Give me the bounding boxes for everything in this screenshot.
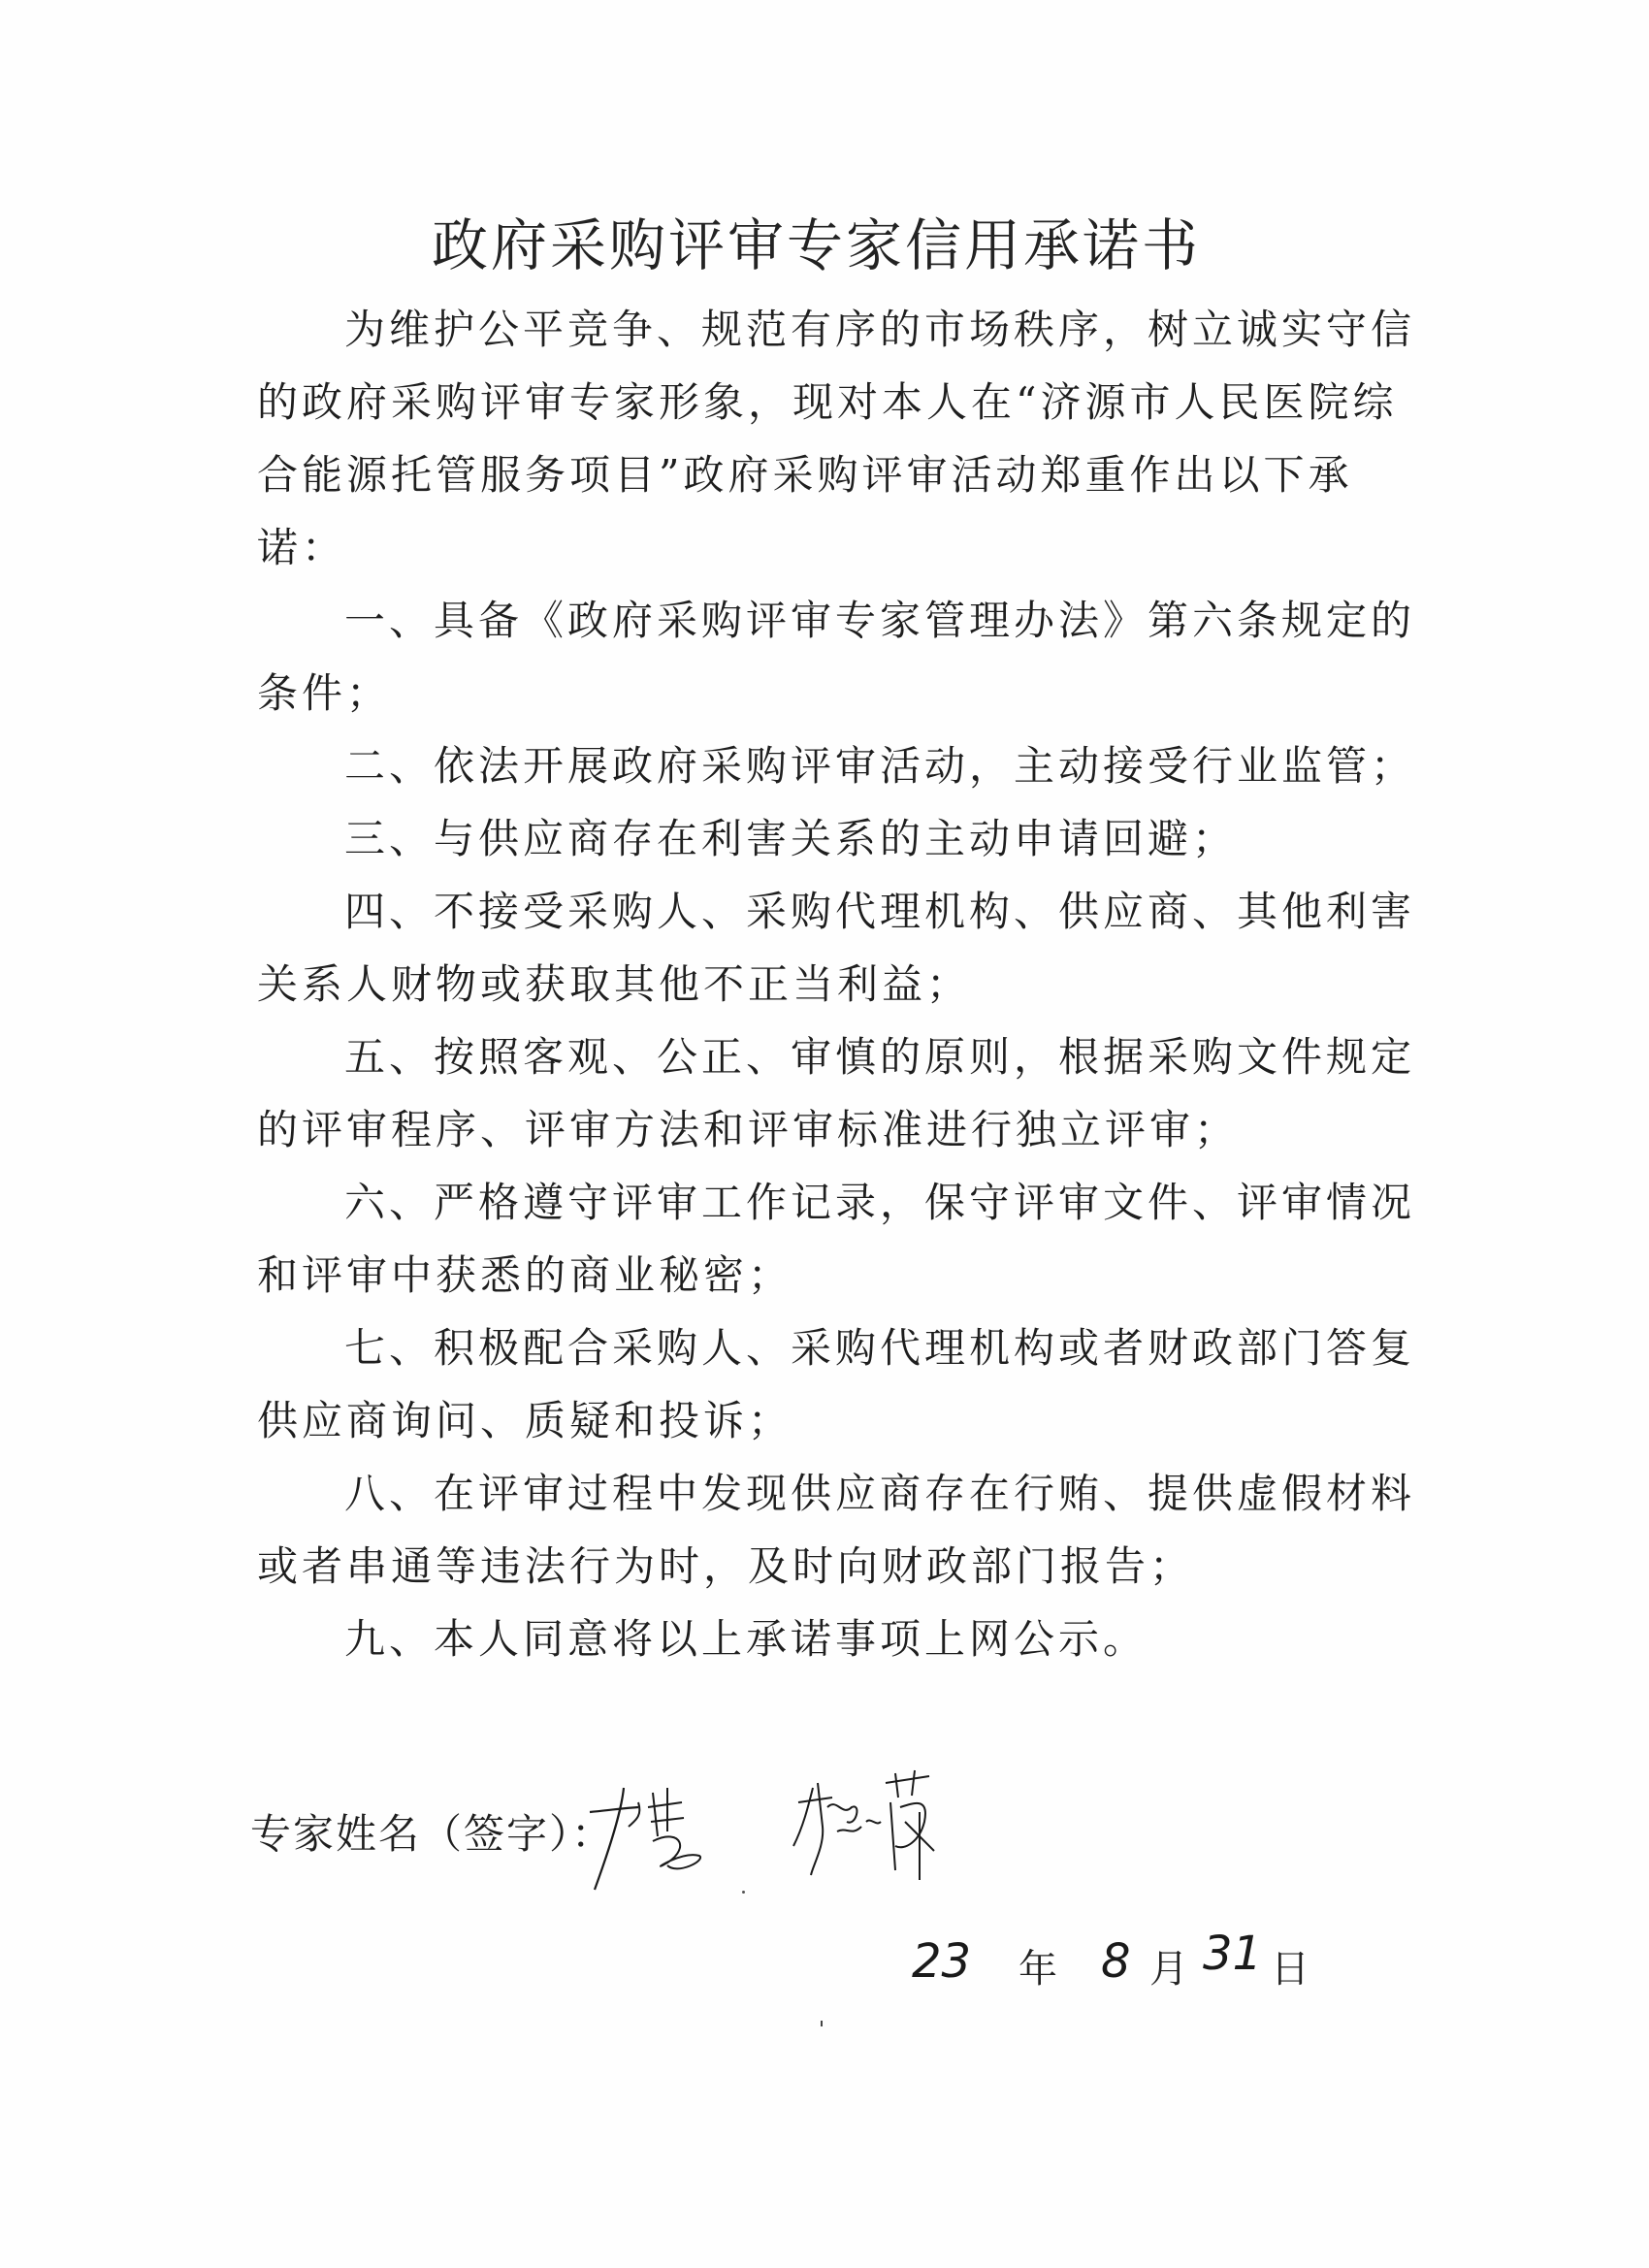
commitment-6-line-2: 和评审中获悉的商业秘密；	[257, 1251, 1374, 1300]
date-day-unit: 日	[1271, 1945, 1309, 1993]
date-year-unit: 年	[1018, 1945, 1057, 1993]
signature-row: 专家姓名（签字）：	[250, 1802, 1123, 1870]
signature-label: 专家姓名（签字）：	[250, 1810, 614, 1859]
commitment-5-line-1: 五、按照客观、公正、审慎的原则，根据采购文件规定	[344, 1033, 1374, 1082]
commitment-1-line-1: 一、具备《政府采购评审专家管理办法》第六条规定的	[344, 597, 1374, 645]
intro-line-3: 合能源托管服务项目”政府采购评审活动郑重作出以下承	[257, 451, 1374, 500]
intro-line-4: 诺：	[257, 524, 1374, 572]
ink-speck	[821, 2021, 823, 2026]
commitment-1-line-2: 条件；	[257, 669, 1374, 718]
ink-speck	[742, 1891, 745, 1894]
handwritten-signature-2	[784, 1768, 949, 1885]
date-month: 8	[1101, 1937, 1131, 1986]
date-row: 23 年 8 月 31 日	[912, 1935, 1329, 2003]
document-page: 政府采购评审专家信用承诺书 为维护公平竞争、规范有序的市场秩序，树立诚实守信 的…	[0, 0, 1649, 2268]
handwritten-signature-1	[585, 1783, 711, 1899]
commitment-7-line-1: 七、积极配合采购人、采购代理机构或者财政部门答复	[344, 1324, 1374, 1373]
commitment-8-line-2: 或者串通等违法行为时，及时向财政部门报告；	[257, 1542, 1374, 1591]
document-title: 政府采购评审专家信用承诺书	[432, 211, 1203, 279]
commitment-3: 三、与供应商存在利害关系的主动申请回避；	[344, 815, 1374, 863]
intro-line-1: 为维护公平竞争、规范有序的市场秩序，树立诚实守信	[344, 306, 1374, 354]
commitment-2: 二、依法开展政府采购评审活动，主动接受行业监管；	[344, 742, 1374, 791]
date-day: 31	[1203, 1929, 1262, 1978]
commitment-4-line-1: 四、不接受采购人、采购代理机构、供应商、其他利害	[344, 888, 1374, 936]
commitment-9: 九、本人同意将以上承诺事项上网公示。	[344, 1615, 1374, 1664]
commitment-5-line-2: 的评审程序、评审方法和评审标准进行独立评审；	[257, 1106, 1374, 1154]
commitment-4-line-2: 关系人财物或获取其他不正当利益；	[257, 960, 1374, 1009]
date-year: 23	[912, 1937, 971, 1986]
commitment-6-line-1: 六、严格遵守评审工作记录，保守评审文件、评审情况	[344, 1179, 1374, 1227]
date-month-unit: 月	[1149, 1945, 1188, 1993]
commitment-7-line-2: 供应商询问、质疑和投诉；	[257, 1397, 1374, 1445]
intro-line-2: 的政府采购评审专家形象，现对本人在“济源市人民医院综	[257, 378, 1374, 427]
commitment-8-line-1: 八、在评审过程中发现供应商存在行贿、提供虚假材料	[344, 1470, 1374, 1518]
